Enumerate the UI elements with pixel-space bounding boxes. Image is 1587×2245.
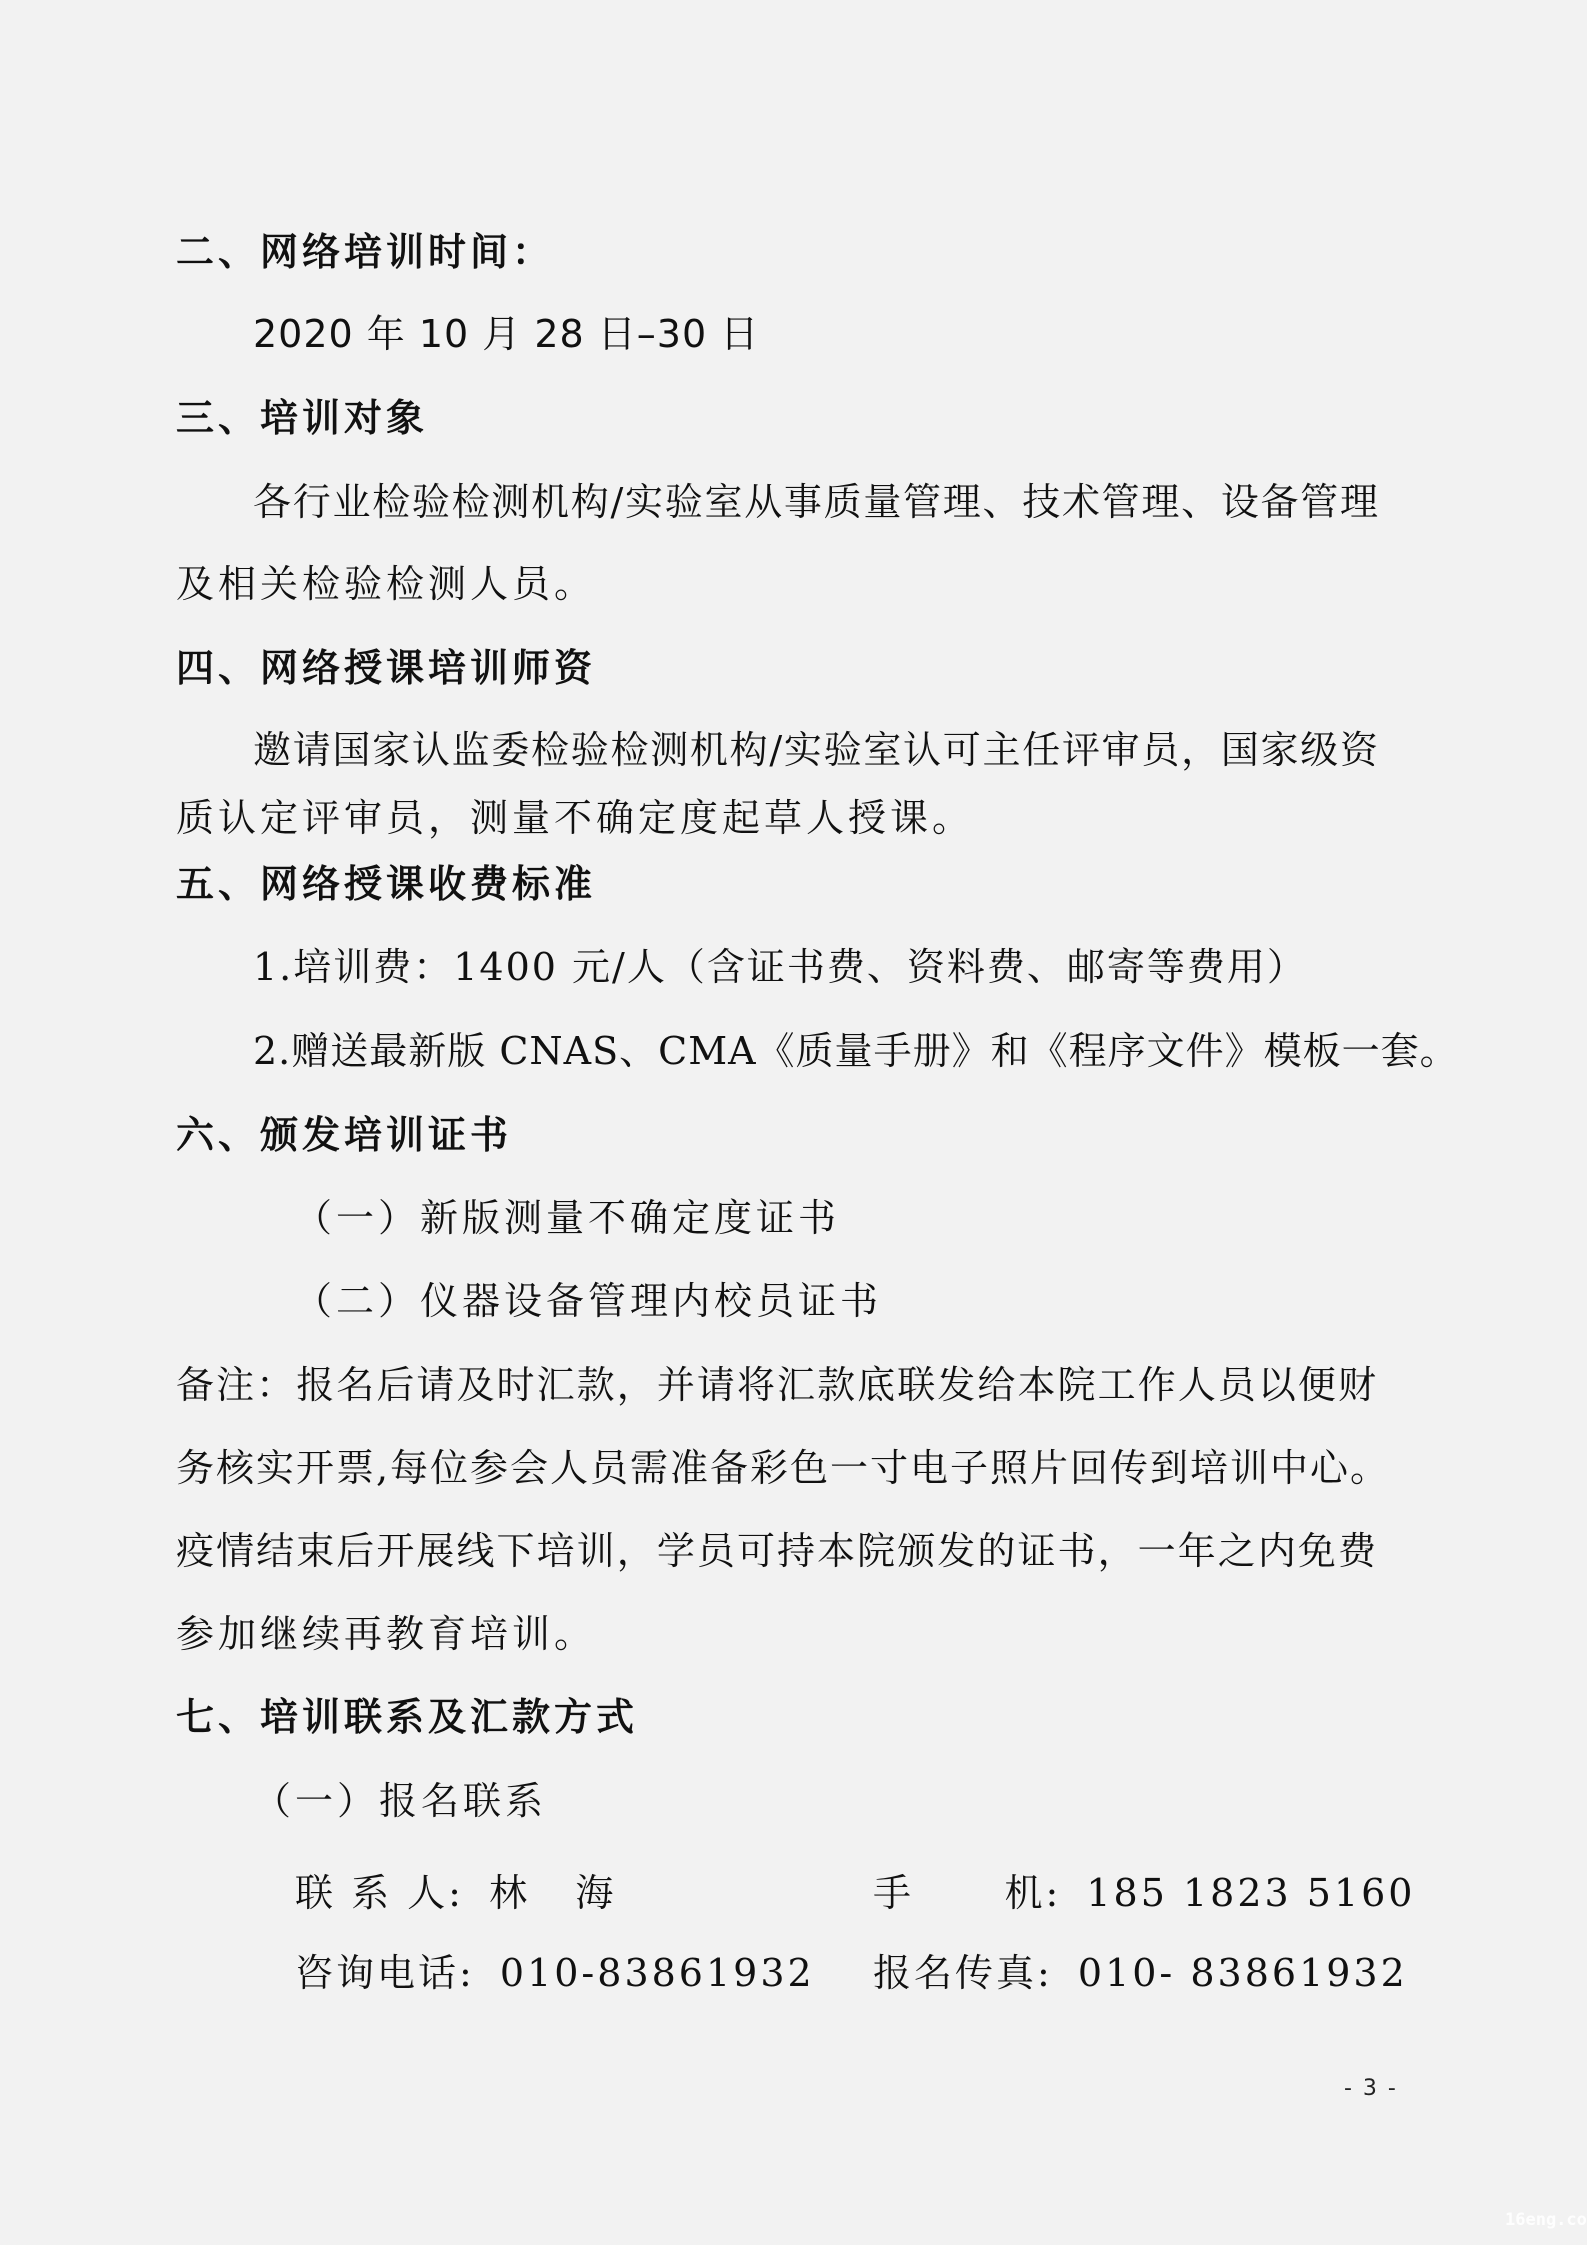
audience-paragraph-line-1: 各行业检验检测机构/实验室从事质量管理、技术管理、设备管理 xyxy=(253,479,1378,525)
phone-value: 010-83861932 xyxy=(500,1950,815,1996)
instructors-paragraph-line-1: 邀请国家认监委检验检测机构/实验室认可主任评审员，国家级资 xyxy=(253,727,1378,773)
note-line-2: 务核实开票,每位参会人员需准备彩色一寸电子照片回传到培训中心。 xyxy=(176,1445,1388,1491)
fax-value: 010- 83861932 xyxy=(1078,1950,1408,1996)
fax-row: 报名传真: 010- 83861932 xyxy=(873,1950,1408,1996)
instructors-paragraph-line-2: 质认定评审员，测量不确定度起草人授课。 xyxy=(176,795,974,841)
certificate-item-2: （二）仪器设备管理内校员证书 xyxy=(294,1278,882,1324)
section-heading-training-audience: 三、培训对象 xyxy=(176,395,428,441)
note-line-3: 疫情结束后开展线下培训，学员可持本院颁发的证书，一年之内免费 xyxy=(176,1528,1376,1574)
phone-label: 咨询电话: xyxy=(295,1950,475,1996)
watermark: 16eng.com xyxy=(1505,2210,1587,2230)
mobile-label: 手 机: xyxy=(873,1870,1061,1916)
mobile-value: 185 1823 5160 xyxy=(1086,1870,1415,1916)
section-heading-instructors: 四、网络授课培训师资 xyxy=(176,645,596,691)
document-page: 二、网络培训时间： 2020 年 10 月 28 日–30 日 三、培训对象 各… xyxy=(0,0,1587,2245)
fee-item-2: 2.赠送最新版 CNAS、CMA《质量手册》和《程序文件》模板一套。 xyxy=(253,1028,1459,1074)
audience-paragraph-line-2: 及相关检验检测人员。 xyxy=(176,561,596,607)
section-heading-contact-payment: 七、培训联系及汇款方式 xyxy=(176,1694,638,1740)
note-line-4: 参加继续再教育培训。 xyxy=(176,1611,596,1657)
phone-row: 咨询电话: 010-83861932 xyxy=(295,1950,815,1996)
section-heading-fees: 五、网络授课收费标准 xyxy=(176,861,596,907)
contact-person-row: 联 系 人: 林 海 xyxy=(295,1870,616,1916)
fax-label: 报名传真: xyxy=(873,1950,1053,1996)
contact-person-value: 林 海 xyxy=(489,1870,616,1916)
training-dates: 2020 年 10 月 28 日–30 日 xyxy=(253,311,759,357)
section-heading-certificates: 六、颁发培训证书 xyxy=(176,1112,512,1158)
certificate-item-1: （一）新版测量不确定度证书 xyxy=(294,1195,840,1241)
page-number: - 3 - xyxy=(1344,2076,1398,2101)
note-line-1: 备注：报名后请及时汇款，并请将汇款底联发给本院工作人员以便财 xyxy=(176,1362,1376,1408)
mobile-row: 手 机: 185 1823 5160 xyxy=(873,1870,1415,1916)
contact-person-label: 联 系 人: xyxy=(295,1870,464,1916)
subheading-registration-contact: （一）报名联系 xyxy=(253,1778,547,1824)
section-heading-training-time: 二、网络培训时间： xyxy=(176,229,554,275)
fee-item-1: 1.培训费：1400 元/人（含证书费、资料费、邮寄等费用） xyxy=(253,944,1307,990)
